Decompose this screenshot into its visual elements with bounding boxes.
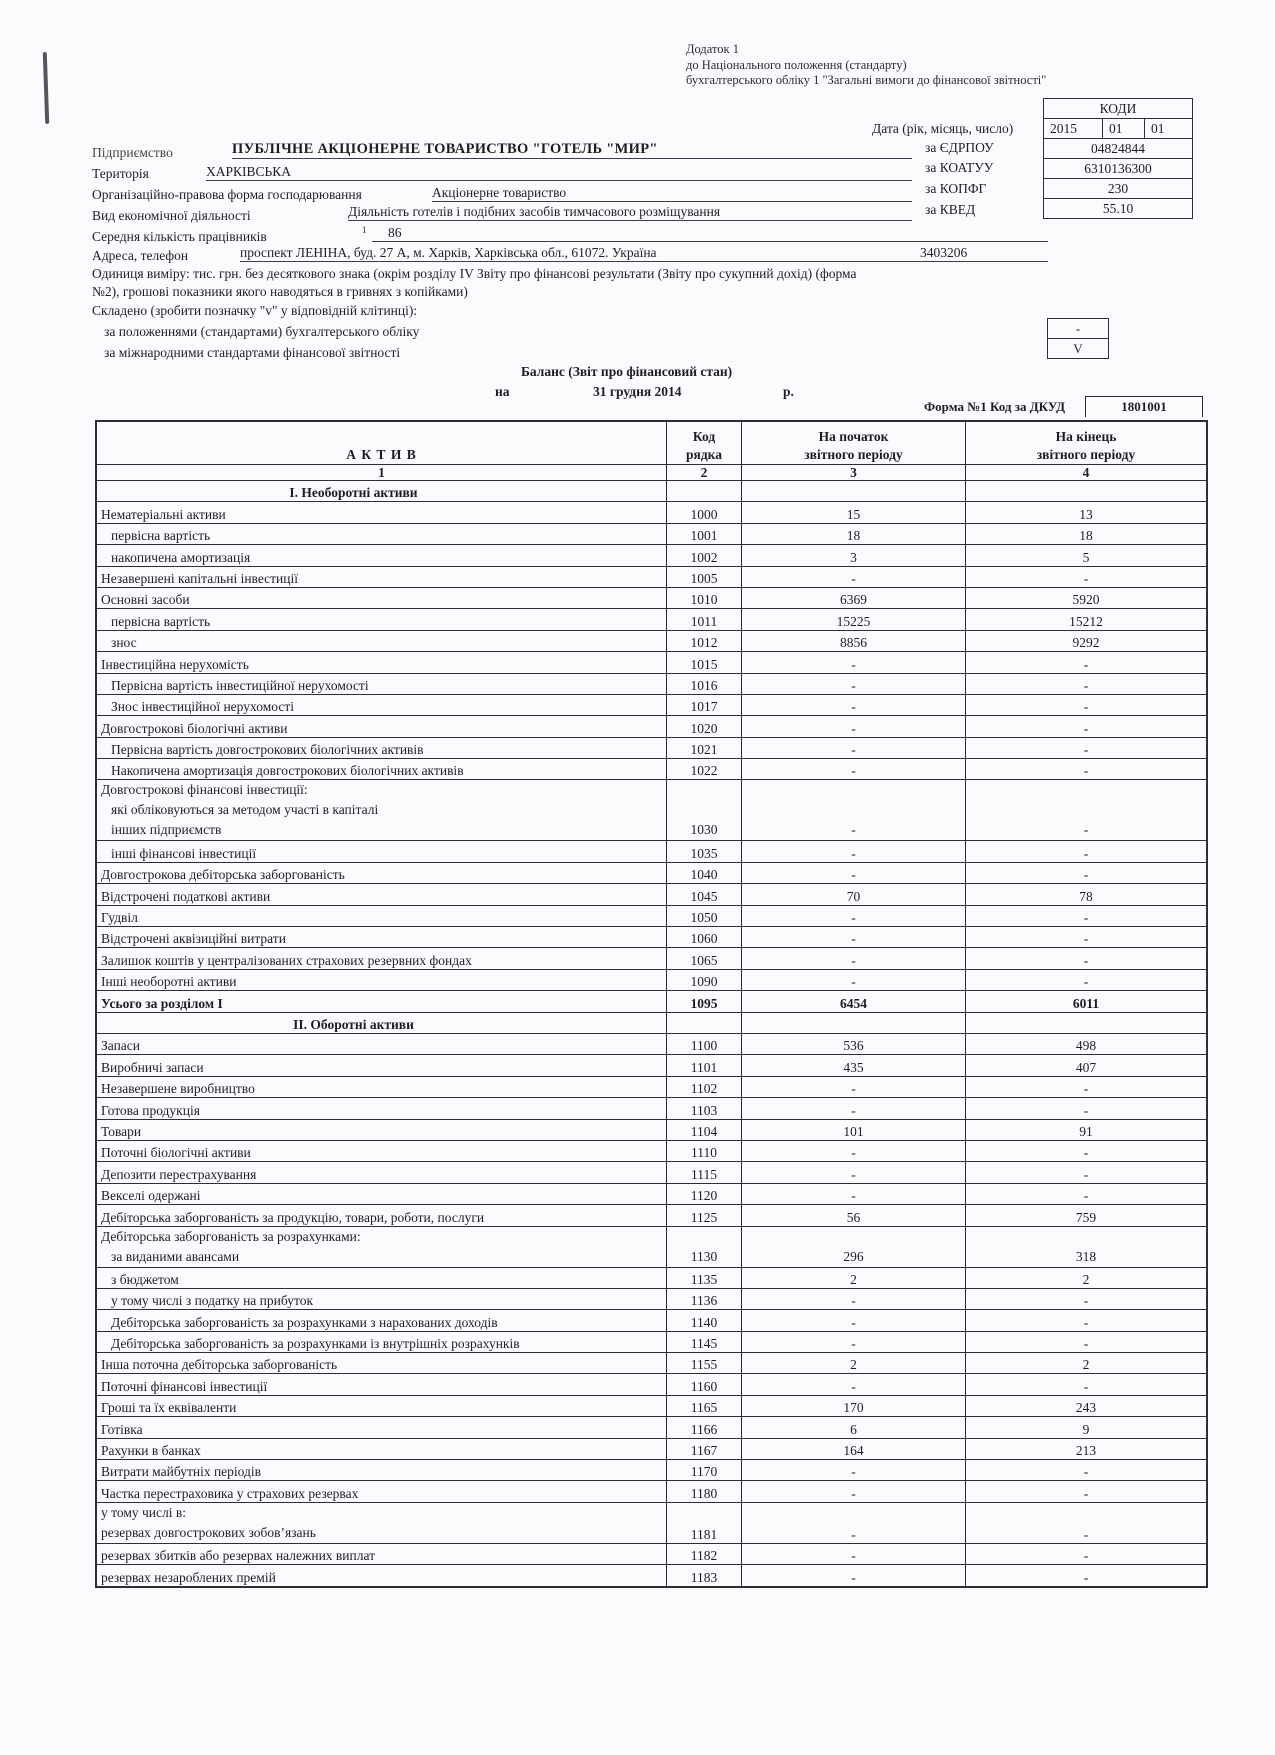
date-codes: 2015 01 01: [1044, 118, 1192, 138]
total-row: Усього за розділом I109564546011: [96, 991, 1207, 1012]
row-code: 1005: [667, 566, 742, 587]
row-label-text: Поточні фінансові інвестиції: [101, 1379, 267, 1394]
value-period-end: -: [966, 1374, 1208, 1395]
row-label-text: Готівка: [101, 1422, 143, 1437]
value-period-start: -: [742, 841, 966, 862]
row-code: 1165: [667, 1395, 742, 1416]
table-row: Первісна вартість інвестиційної нерухомо…: [96, 673, 1207, 694]
header-start-line-2: звітного періоду: [746, 446, 961, 464]
row-label: Накопичена амортизація довгострокових бі…: [96, 759, 667, 780]
header-code-line-1: Код: [671, 428, 737, 446]
value-period-end: -: [966, 1460, 1208, 1481]
row-code: 1183: [667, 1565, 742, 1587]
column-number-row: 1 2 3 4: [96, 465, 1207, 481]
row-label-text: Первісна вартість інвестиційної нерухомо…: [101, 678, 369, 693]
checkbox-ifrs[interactable]: V: [1048, 338, 1108, 358]
row-code: 1136: [667, 1288, 742, 1309]
row-label: Запаси: [96, 1033, 667, 1054]
table-row: інші фінансові інвестиції1035--: [96, 841, 1207, 862]
row-label-line: Дебіторська заборгованість за розрахунка…: [101, 1227, 662, 1247]
table-row: Поточні фінансові інвестиції1160--: [96, 1374, 1207, 1395]
value-period-start: 536: [742, 1033, 966, 1054]
value-period-start: -: [742, 566, 966, 587]
table-row: знос101288569292: [96, 630, 1207, 651]
row-label: Дебіторська заборгованість за розрахунка…: [96, 1331, 667, 1352]
row-label-line: Довгострокові фінансові інвестиції:: [101, 780, 662, 800]
territory-value: ХАРКІВСЬКА: [206, 164, 912, 181]
table-row: Гроші та їх еквіваленти1165170243: [96, 1395, 1207, 1416]
row-label-text: Незавершені капітальні інвестиції: [101, 571, 298, 586]
kved-label: за КВЕД: [925, 202, 975, 218]
table-row: Нематеріальні активи10001513: [96, 502, 1207, 523]
report-on: на: [495, 384, 510, 400]
date-year: 2015: [1044, 119, 1102, 138]
row-label: первісна вартість: [96, 609, 667, 630]
phone-value: 3403206: [920, 245, 967, 261]
codes-header: КОДИ: [1044, 99, 1192, 118]
row-label-text: Усього за розділом I: [101, 996, 223, 1011]
employees-footnote: 1: [362, 225, 367, 235]
table-row: первісна вартість10111522515212: [96, 609, 1207, 630]
row-label: Нематеріальні активи: [96, 502, 667, 523]
value-period-end: -: [966, 1288, 1208, 1309]
row-label: Усього за розділом I: [96, 991, 667, 1012]
value-period-start: -: [742, 969, 966, 990]
employees-label: Середня кількість працівників: [92, 229, 267, 245]
value-period-end: -: [966, 673, 1208, 694]
value-period-start: [742, 1012, 966, 1033]
value-period-start: -: [742, 948, 966, 969]
value-period-start: 296: [742, 1226, 966, 1267]
row-code: 1166: [667, 1417, 742, 1438]
value-period-start: -: [742, 737, 966, 758]
row-label-text: інші фінансові інвестиції: [101, 846, 256, 861]
table-row: Інша поточна дебіторська заборгованість1…: [96, 1353, 1207, 1374]
table-row: Дебіторська заборгованість за продукцію,…: [96, 1205, 1207, 1226]
section-header-row: II. Оборотні активи: [96, 1012, 1207, 1033]
value-period-start: -: [742, 1565, 966, 1587]
header-end-line-1: На кінець: [970, 428, 1202, 446]
row-code: 1015: [667, 652, 742, 673]
value-period-end: -: [966, 841, 1208, 862]
value-period-start: 164: [742, 1438, 966, 1459]
value-period-start: 2: [742, 1353, 966, 1374]
row-label-text: Первісна вартість довгострокових біологі…: [101, 742, 424, 757]
legal-form-label: Організаційно-правова форма господарюван…: [92, 187, 362, 203]
row-label: Основні засоби: [96, 587, 667, 608]
table-row: у тому числі в:резервах довгострокових з…: [96, 1502, 1207, 1543]
activity-value: Діяльність готелів і подібних засобів ти…: [348, 204, 912, 221]
value-period-end: 213: [966, 1438, 1208, 1459]
edrpou-code: 04824844: [1044, 138, 1192, 158]
value-period-start: -: [742, 1374, 966, 1395]
enterprise-name: ПУБЛІЧНЕ АКЦІОНЕРНЕ ТОВАРИСТВО "ГОТЕЛЬ "…: [232, 141, 912, 159]
units-line-1: Одиниця виміру: тис. грн. без десятковог…: [92, 266, 857, 282]
row-code: 1101: [667, 1055, 742, 1076]
table-row: Знос інвестиційної нерухомості1017--: [96, 694, 1207, 715]
value-period-end: -: [966, 1098, 1208, 1119]
row-code: 1021: [667, 737, 742, 758]
row-label: знос: [96, 630, 667, 651]
table-row: Поточні біологічні активи1110--: [96, 1140, 1207, 1161]
compiled-label: Складено (зробити позначку "v" у відпові…: [92, 303, 417, 319]
col-number-2: 2: [667, 465, 742, 481]
row-code: 1065: [667, 948, 742, 969]
table-row: Частка перестраховика у страхових резерв…: [96, 1481, 1207, 1502]
row-label: I. Необоротні активи: [96, 481, 667, 502]
koatuu-label: за КОАТУУ: [925, 160, 993, 176]
value-period-end: -: [966, 566, 1208, 587]
value-period-end: 15212: [966, 609, 1208, 630]
table-row: Гудвіл1050--: [96, 905, 1207, 926]
value-period-end: -: [966, 969, 1208, 990]
edrpou-label: за ЄДРПОУ: [925, 140, 994, 156]
value-period-end: -: [966, 1310, 1208, 1331]
value-period-end: 18: [966, 523, 1208, 544]
row-label-text: Депозити перестрахування: [101, 1167, 256, 1182]
row-code: 1155: [667, 1353, 742, 1374]
table-row: накопичена амортизація100235: [96, 545, 1207, 566]
value-period-start: -: [742, 1183, 966, 1204]
row-label-text: Гудвіл: [101, 910, 138, 925]
date-label: Дата (рік, місяць, число): [872, 121, 1013, 137]
value-period-start: -: [742, 1076, 966, 1097]
row-label: Готова продукція: [96, 1098, 667, 1119]
kopfg-code: 230: [1044, 178, 1192, 198]
value-period-start: 15225: [742, 609, 966, 630]
row-label-text: Основні засоби: [101, 592, 190, 607]
employees-value: 86: [372, 225, 1048, 242]
value-period-end: -: [966, 1481, 1208, 1502]
table-row: Довгострокові фінансові інвестиції:які о…: [96, 780, 1207, 841]
col-number-3: 3: [742, 465, 966, 481]
row-label-text: Векселі одержані: [101, 1188, 201, 1203]
value-period-end: -: [966, 737, 1208, 758]
value-period-end: [966, 481, 1208, 502]
value-period-start: -: [742, 759, 966, 780]
value-period-end: -: [966, 780, 1208, 841]
row-code: 1000: [667, 502, 742, 523]
table-row: Запаси1100536498: [96, 1033, 1207, 1054]
table-row: Дебіторська заборгованість за розрахунка…: [96, 1226, 1207, 1267]
koatuu-code: 6310136300: [1044, 158, 1192, 178]
header-period-start: На початок звітного періоду: [742, 421, 966, 465]
row-label-text: Дебіторська заборгованість за продукцію,…: [101, 1210, 484, 1225]
table-row: Довгострокові біологічні активи1020--: [96, 716, 1207, 737]
row-code: 1095: [667, 991, 742, 1012]
value-period-end: -: [966, 1162, 1208, 1183]
row-label: Дебіторська заборгованість за продукцію,…: [96, 1205, 667, 1226]
row-label-text: Накопичена амортизація довгострокових бі…: [101, 763, 464, 778]
header-end-line-2: звітного періоду: [970, 446, 1202, 464]
row-label: Витрати майбутніх періодів: [96, 1460, 667, 1481]
row-code: 1030: [667, 780, 742, 841]
codes-box: КОДИ 2015 01 01 04824844 6310136300 230 …: [1043, 98, 1193, 219]
standards-checkbox-group: - V: [1047, 318, 1109, 359]
table-row: Інші необоротні активи1090--: [96, 969, 1207, 990]
table-row: Відстрочені податкові активи10457078: [96, 884, 1207, 905]
value-period-start: 6369: [742, 587, 966, 608]
row-label: Поточні фінансові інвестиції: [96, 1374, 667, 1395]
value-period-start: 435: [742, 1055, 966, 1076]
table-row: Рахунки в банках1167164213: [96, 1438, 1207, 1459]
table-row: Первісна вартість довгострокових біологі…: [96, 737, 1207, 758]
row-label-line: які обліковуються за методом участі в ка…: [101, 800, 662, 820]
table-row: первісна вартість10011818: [96, 523, 1207, 544]
value-period-end: 2: [966, 1353, 1208, 1374]
table-row: у тому числі з податку на прибуток1136--: [96, 1288, 1207, 1309]
row-label-text: резервах незароблених премій: [101, 1570, 276, 1585]
value-period-end: 2: [966, 1267, 1208, 1288]
row-label-line: резервах довгострокових зобов’язань: [101, 1523, 662, 1543]
table-row: Залишок коштів у централізованих страхов…: [96, 948, 1207, 969]
row-label: Депозити перестрахування: [96, 1162, 667, 1183]
value-period-start: -: [742, 927, 966, 948]
row-code: 1120: [667, 1183, 742, 1204]
row-label-text: накопичена амортизація: [101, 550, 250, 565]
row-label: резервах незароблених премій: [96, 1565, 667, 1587]
row-code: 1135: [667, 1267, 742, 1288]
value-period-start: -: [742, 1098, 966, 1119]
value-period-start: -: [742, 1140, 966, 1161]
row-label-text: Запаси: [101, 1038, 140, 1053]
value-period-end: 498: [966, 1033, 1208, 1054]
row-code: 1020: [667, 716, 742, 737]
row-label-text: Дебіторська заборгованість за розрахунка…: [101, 1315, 498, 1330]
appendix-note: Додаток 1 до Національного положення (ст…: [686, 42, 1046, 89]
row-code: 1125: [667, 1205, 742, 1226]
table-row: Витрати майбутніх періодів1170--: [96, 1460, 1207, 1481]
value-period-end: -: [966, 1076, 1208, 1097]
row-label: у тому числі в:резервах довгострокових з…: [96, 1502, 667, 1543]
header-start-line-1: На початок: [746, 428, 961, 446]
row-label-text: Відстрочені податкові активи: [101, 889, 270, 904]
units-line-2: №2), грошові показники якого наводяться …: [92, 284, 468, 300]
value-period-end: 78: [966, 884, 1208, 905]
row-code: 1002: [667, 545, 742, 566]
row-label: Відстрочені аквізиційні витрати: [96, 927, 667, 948]
row-code: 1140: [667, 1310, 742, 1331]
value-period-end: -: [966, 862, 1208, 883]
row-label: Рахунки в банках: [96, 1438, 667, 1459]
row-label: у тому числі з податку на прибуток: [96, 1288, 667, 1309]
row-code: 1090: [667, 969, 742, 990]
row-code: 1045: [667, 884, 742, 905]
value-period-start: -: [742, 1288, 966, 1309]
row-label-text: Довгострокова дебіторська заборгованість: [101, 867, 345, 882]
row-code: 1001: [667, 523, 742, 544]
row-label: Векселі одержані: [96, 1183, 667, 1204]
row-code: 1104: [667, 1119, 742, 1140]
value-period-start: 8856: [742, 630, 966, 651]
value-period-start: -: [742, 1460, 966, 1481]
row-label: Готівка: [96, 1417, 667, 1438]
row-label-text: Довгострокові біологічні активи: [101, 721, 288, 736]
table-row: Основні засоби101063695920: [96, 587, 1207, 608]
table-row: Товари110410191: [96, 1119, 1207, 1140]
col-number-4: 4: [966, 465, 1208, 481]
row-label: резервах збитків або резервах належних в…: [96, 1543, 667, 1564]
balance-rows: I. Необоротні активиНематеріальні активи…: [96, 481, 1207, 1587]
row-label: Знос інвестиційної нерухомості: [96, 694, 667, 715]
row-label: Залишок коштів у централізованих страхов…: [96, 948, 667, 969]
row-code: 1016: [667, 673, 742, 694]
value-period-start: 70: [742, 884, 966, 905]
row-code: 1011: [667, 609, 742, 630]
row-code: 1130: [667, 1226, 742, 1267]
row-label: первісна вартість: [96, 523, 667, 544]
row-code: 1160: [667, 1374, 742, 1395]
address-text: проспект ЛЕНІНА, буд. 27 А, м. Харків, Х…: [240, 245, 657, 260]
row-label-text: Інші необоротні активи: [101, 974, 237, 989]
date-month: 01: [1102, 119, 1144, 138]
row-label: Незавершені капітальні інвестиції: [96, 566, 667, 587]
row-label-text: у тому числі з податку на прибуток: [101, 1293, 313, 1308]
row-label-text: Гроші та їх еквіваленти: [101, 1400, 236, 1415]
row-code: 1145: [667, 1331, 742, 1352]
row-label-text: первісна вартість: [101, 614, 210, 629]
row-label: Довгострокова дебіторська заборгованість: [96, 862, 667, 883]
row-label-text: I. Необоротні активи: [289, 485, 417, 500]
option-ifrs: за міжнародними стандартами фінансової з…: [104, 345, 400, 361]
row-code: 1115: [667, 1162, 742, 1183]
value-period-start: -: [742, 694, 966, 715]
row-label-text: Виробничі запаси: [101, 1060, 204, 1075]
address-value: проспект ЛЕНІНА, буд. 27 А, м. Харків, Х…: [240, 245, 1048, 262]
table-row: Дебіторська заборгованість за розрахунка…: [96, 1310, 1207, 1331]
table-row: Довгострокова дебіторська заборгованість…: [96, 862, 1207, 883]
address-label: Адреса, телефон: [92, 248, 188, 264]
row-label: накопичена амортизація: [96, 545, 667, 566]
value-period-end: 91: [966, 1119, 1208, 1140]
row-label: інші фінансові інвестиції: [96, 841, 667, 862]
value-period-start: 2: [742, 1267, 966, 1288]
value-period-start: -: [742, 1502, 966, 1543]
value-period-end: [966, 1012, 1208, 1033]
row-code: [667, 1012, 742, 1033]
row-label-text: резервах збитків або резервах належних в…: [101, 1548, 375, 1563]
value-period-end: -: [966, 1565, 1208, 1587]
row-code: 1040: [667, 862, 742, 883]
table-row: Відстрочені аквізиційні витрати1060--: [96, 927, 1207, 948]
legal-form-value: Акціонерне товариство: [432, 185, 912, 202]
row-label-text: Інвестиційна нерухомість: [101, 657, 249, 672]
report-year-suffix: р.: [783, 384, 794, 400]
row-label-text: первісна вартість: [101, 528, 210, 543]
checkbox-national-standards[interactable]: -: [1048, 319, 1108, 338]
row-label-text: Готова продукція: [101, 1103, 200, 1118]
row-label: Відстрочені податкові активи: [96, 884, 667, 905]
appendix-line-3: бухгалтерського обліку 1 "Загальні вимог…: [686, 73, 1046, 89]
row-code: 1102: [667, 1076, 742, 1097]
row-code: 1110: [667, 1140, 742, 1161]
row-label-text: Товари: [101, 1124, 141, 1139]
value-period-end: -: [966, 905, 1208, 926]
value-period-start: 6454: [742, 991, 966, 1012]
value-period-end: -: [966, 759, 1208, 780]
row-code: 1100: [667, 1033, 742, 1054]
kved-code: 55.10: [1044, 198, 1192, 218]
row-label: Первісна вартість інвестиційної нерухомо…: [96, 673, 667, 694]
row-label-text: Знос інвестиційної нерухомості: [101, 699, 294, 714]
table-row: Незавершене виробництво1102--: [96, 1076, 1207, 1097]
value-period-end: 6011: [966, 991, 1208, 1012]
value-period-start: 3: [742, 545, 966, 566]
table-row: Дебіторська заборгованість за розрахунка…: [96, 1331, 1207, 1352]
territory-label: Територія: [92, 166, 149, 182]
row-code: 1167: [667, 1438, 742, 1459]
row-label-text: Відстрочені аквізиційні витрати: [101, 931, 286, 946]
table-row: Накопичена амортизація довгострокових бі…: [96, 759, 1207, 780]
value-period-end: -: [966, 948, 1208, 969]
value-period-end: 318: [966, 1226, 1208, 1267]
row-code: 1182: [667, 1543, 742, 1564]
row-label: Довгострокові фінансові інвестиції:які о…: [96, 780, 667, 841]
value-period-start: -: [742, 1331, 966, 1352]
value-period-start: 18: [742, 523, 966, 544]
value-period-end: -: [966, 1502, 1208, 1543]
value-period-end: 9292: [966, 630, 1208, 651]
row-label-text: Частка перестраховика у страхових резерв…: [101, 1486, 358, 1501]
value-period-end: 5: [966, 545, 1208, 566]
value-period-start: 101: [742, 1119, 966, 1140]
value-period-end: -: [966, 1331, 1208, 1352]
value-period-end: 407: [966, 1055, 1208, 1076]
value-period-end: -: [966, 694, 1208, 715]
scan-mark: [43, 52, 50, 124]
date-day: 01: [1144, 119, 1190, 138]
row-label: з бюджетом: [96, 1267, 667, 1288]
appendix-line-1: Додаток 1: [686, 42, 1046, 58]
row-code: 1060: [667, 927, 742, 948]
row-label: Гроші та їх еквіваленти: [96, 1395, 667, 1416]
row-code: 1180: [667, 1481, 742, 1502]
row-label: Виробничі запаси: [96, 1055, 667, 1076]
value-period-end: 243: [966, 1395, 1208, 1416]
value-period-start: -: [742, 716, 966, 737]
row-code: 1035: [667, 841, 742, 862]
row-label-text: Залишок коштів у централізованих страхов…: [101, 953, 472, 968]
value-period-start: 170: [742, 1395, 966, 1416]
activity-label: Вид економічної діяльності: [92, 208, 251, 224]
row-code: 1017: [667, 694, 742, 715]
table-row: Векселі одержані1120--: [96, 1183, 1207, 1204]
col-number-1: 1: [96, 465, 667, 481]
value-period-start: -: [742, 1162, 966, 1183]
value-period-start: -: [742, 862, 966, 883]
report-date: 31 грудня 2014: [593, 384, 682, 400]
row-label-text: з бюджетом: [101, 1272, 179, 1287]
value-period-start: -: [742, 905, 966, 926]
value-period-start: -: [742, 780, 966, 841]
header-code: Код рядка: [667, 421, 742, 465]
row-label: Товари: [96, 1119, 667, 1140]
kopfg-label: за КОПФГ: [925, 181, 986, 197]
row-label: Довгострокові біологічні активи: [96, 716, 667, 737]
table-header-row: А К Т И В Код рядка На початок звітного …: [96, 421, 1207, 465]
form-code: 1801001: [1085, 396, 1203, 417]
value-period-start: -: [742, 673, 966, 694]
row-label: Інвестиційна нерухомість: [96, 652, 667, 673]
row-label-text: Незавершене виробництво: [101, 1081, 255, 1096]
row-label: Інші необоротні активи: [96, 969, 667, 990]
row-code: 1181: [667, 1502, 742, 1543]
row-label-line: за виданими авансами: [101, 1247, 662, 1267]
appendix-line-2: до Національного положення (стандарту): [686, 58, 1046, 74]
value-period-start: -: [742, 652, 966, 673]
option-national-standards: за положеннями (стандартами) бухгалтерсь…: [104, 324, 419, 340]
value-period-end: -: [966, 1140, 1208, 1161]
